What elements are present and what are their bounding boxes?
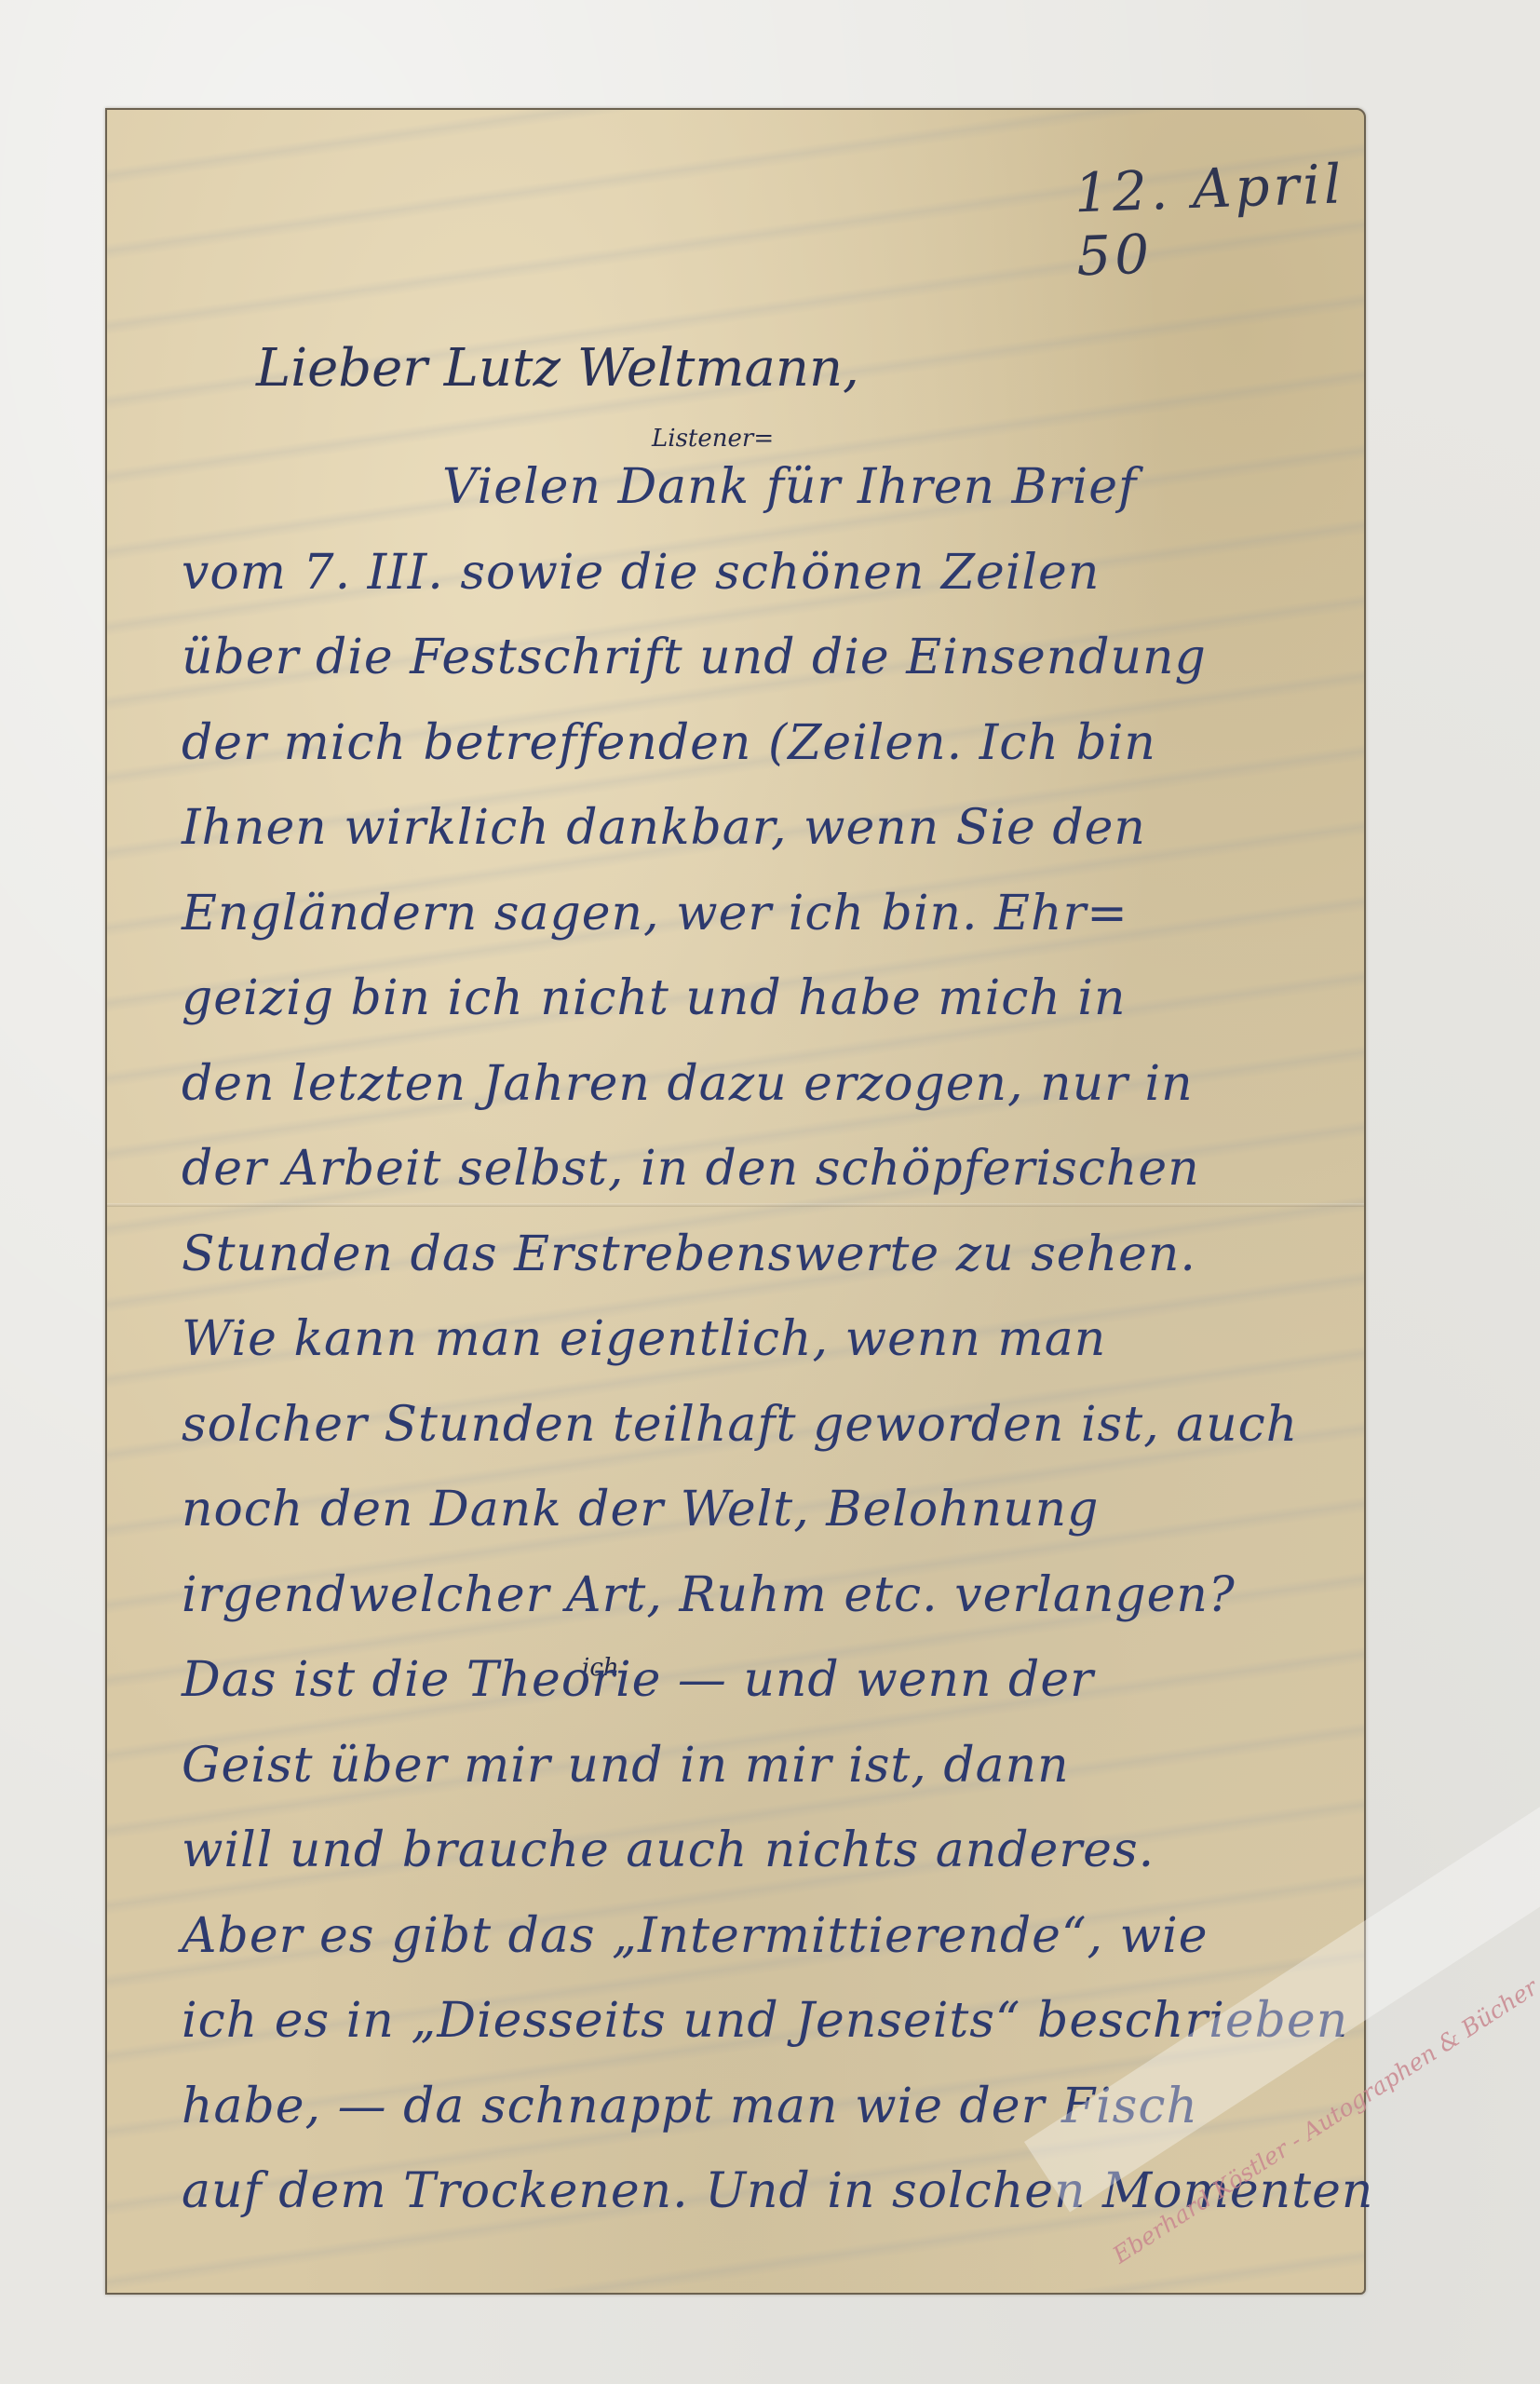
letter-sheet: 12. April 50 Lieber Lutz Weltmann, Liste…	[105, 108, 1366, 2295]
body-line: Geist über mir und in mir ist, dann	[182, 1724, 1327, 1809]
body-line: Engländern sagen, wer ich bin. Ehr=	[182, 872, 1327, 957]
body-line: noch den Dank der Welt, Belohnung	[182, 1468, 1327, 1553]
body-line: vom 7. III. sowie die schönen Zeilen	[182, 531, 1327, 616]
body-line: Ihnen wirklich dankbar, wenn Sie den	[182, 786, 1327, 872]
body-line: Wie kann man eigentlich, wenn man	[182, 1297, 1327, 1383]
body-line: der Arbeit selbst, in den schöpferischen	[182, 1127, 1327, 1212]
body-line: ich es in „Diesseits und Jenseits“ besch…	[182, 1979, 1327, 2065]
body-line: Stunden das Erstrebenswerte zu sehen.	[182, 1212, 1327, 1298]
body-line: geizig bin ich nicht und habe mich in	[182, 956, 1327, 1042]
body-line: Das ist die Theorie — und wenn der	[182, 1638, 1327, 1724]
body-line: Aber es gibt das „Intermittierende“, wie	[182, 1894, 1327, 1980]
body-line: der mich betreffenden (Zeilen. Ich bin	[182, 701, 1327, 787]
body-line: irgendwelcher Art, Ruhm etc. verlangen?	[182, 1553, 1327, 1639]
letter-body: Vielen Dank für Ihren Brief vom 7. III. …	[182, 445, 1327, 2235]
body-line: den letzten Jahren dazu erzogen, nur in	[182, 1042, 1327, 1128]
letter-date: 12. April 50	[1074, 152, 1367, 289]
body-line: solcher Stunden teilhaft geworden ist, a…	[182, 1383, 1327, 1469]
body-line: will und brauche auch nichts anderes.	[182, 1808, 1327, 1894]
salutation: Lieber Lutz Weltmann,	[256, 338, 859, 399]
body-line: Vielen Dank für Ihren Brief	[182, 445, 1327, 531]
body-line: über die Festschrift und die Einsendung	[182, 616, 1327, 701]
